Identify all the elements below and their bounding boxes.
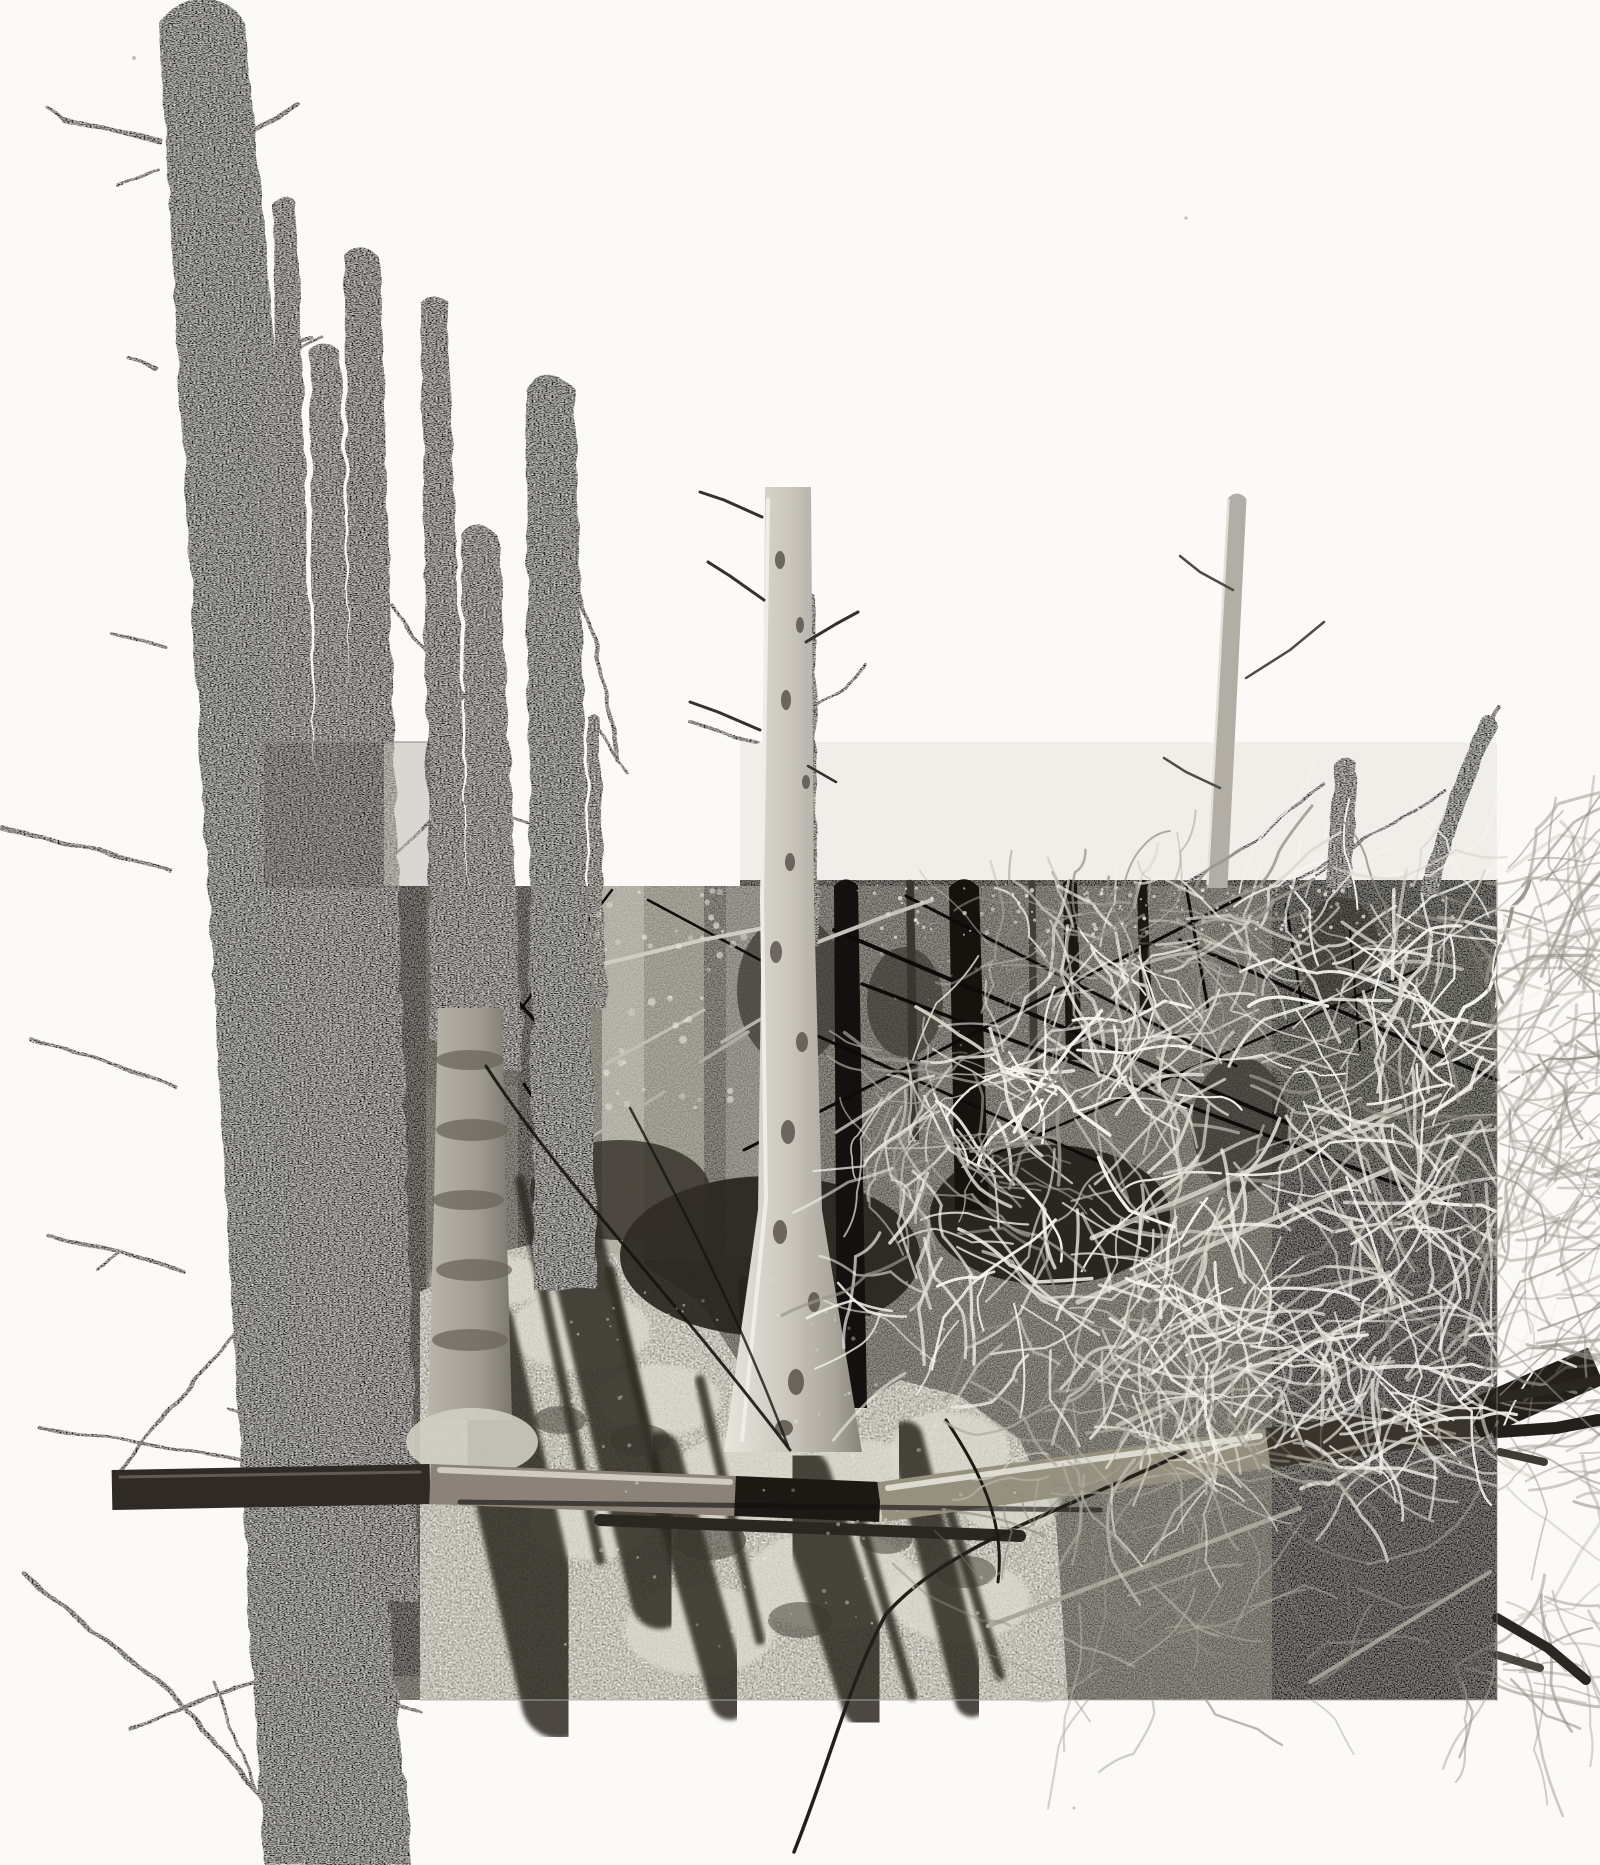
sky-hole-dot bbox=[594, 931, 600, 937]
sky-hole-dot bbox=[1100, 892, 1103, 895]
sky-hole-dot bbox=[762, 1489, 765, 1492]
sky-hole-dot bbox=[1378, 933, 1381, 936]
sky-hole-dot bbox=[667, 1313, 670, 1316]
sky-hole-dot bbox=[648, 943, 653, 948]
veil-slit bbox=[384, 742, 422, 886]
sky-hole-dot bbox=[992, 894, 995, 897]
sky-hole-dot bbox=[884, 1518, 887, 1521]
sky-hole-dot bbox=[980, 912, 984, 916]
sky-hole-dot bbox=[958, 1030, 960, 1032]
sky-hole-dot bbox=[636, 1556, 639, 1559]
sky-hole-dot bbox=[1031, 911, 1033, 913]
sky-hole-dot bbox=[1014, 1378, 1018, 1382]
sky-hole-dot bbox=[874, 1383, 878, 1387]
sky-hole-dot bbox=[716, 952, 723, 959]
sky-hole-dot bbox=[583, 1282, 587, 1286]
sky-hole-dot bbox=[717, 889, 724, 896]
sky-hole-dot bbox=[1199, 1038, 1201, 1040]
sky-hole-dot bbox=[601, 1659, 603, 1661]
sky-hole-dot bbox=[619, 1048, 625, 1054]
sky-hole-dot bbox=[981, 994, 983, 996]
sky-hole-dot bbox=[1134, 925, 1137, 928]
sky-hole-dot bbox=[1229, 901, 1231, 903]
sky-hole-dot bbox=[757, 1438, 761, 1442]
sky-hole-dot bbox=[913, 1626, 916, 1629]
sky-hole-dot bbox=[892, 1473, 895, 1476]
sky-hole-dot bbox=[1192, 922, 1194, 924]
sky-hole-dot bbox=[916, 922, 919, 925]
sky-hole-dot bbox=[942, 1328, 946, 1332]
sky-hole-dot bbox=[634, 1649, 638, 1653]
sky-hole-dot bbox=[1010, 1312, 1013, 1315]
sky-hole-dot bbox=[727, 1096, 734, 1103]
sky-hole-dot bbox=[910, 1332, 912, 1334]
photo-edge-veil bbox=[264, 742, 430, 888]
sky-hole-dot bbox=[710, 1367, 714, 1371]
bark-mottle bbox=[775, 551, 785, 569]
sky-hole-dot bbox=[963, 934, 965, 936]
sky-hole-dot bbox=[659, 1312, 661, 1314]
sky-hole-dot bbox=[1003, 1589, 1005, 1591]
sky-hole-dot bbox=[1026, 1539, 1028, 1541]
sky-hole-dot bbox=[622, 1635, 625, 1638]
sky-hole-dot bbox=[1201, 888, 1205, 892]
sky-hole-dot bbox=[1229, 944, 1233, 948]
sky-hole-dot bbox=[1176, 906, 1178, 908]
sky-hole-dot bbox=[960, 1044, 962, 1046]
sky-hole-dot bbox=[1236, 914, 1238, 916]
sky-hole-dot bbox=[616, 1339, 618, 1341]
sky-hole-dot bbox=[1254, 927, 1257, 930]
artwork-page bbox=[0, 0, 1600, 1865]
sky-hole-dot bbox=[1226, 891, 1229, 894]
sky-hole-dot bbox=[1004, 1000, 1007, 1003]
sky-hole-dot bbox=[653, 1575, 657, 1579]
sky-hole-dot bbox=[1027, 1014, 1029, 1016]
sky-hole-dot bbox=[767, 1616, 770, 1619]
sky-hole-dot bbox=[1298, 934, 1302, 938]
sky-hole-dot bbox=[1086, 891, 1089, 894]
sky-hole-dot bbox=[818, 1413, 821, 1416]
sky-hole-dot bbox=[1384, 973, 1387, 976]
sky-hole-dot bbox=[627, 1443, 631, 1447]
forest-tone-patch bbox=[867, 947, 943, 1057]
bark-mottle bbox=[770, 941, 782, 963]
sky-hole-dot bbox=[905, 887, 907, 889]
sky-hole-dot bbox=[1275, 912, 1279, 916]
sky-hole-dot bbox=[694, 1106, 698, 1110]
sky-hole-dot bbox=[639, 1618, 641, 1620]
sky-hole-dot bbox=[672, 1022, 678, 1028]
sky-hole-dot bbox=[826, 1532, 830, 1536]
photo-panel bbox=[740, 742, 1497, 886]
sky-hole-dot bbox=[701, 1299, 704, 1302]
sky-hole-dot bbox=[730, 941, 737, 948]
sky-hole-dot bbox=[615, 939, 621, 945]
sky-hole-dot bbox=[894, 936, 897, 939]
sky-hole-dot bbox=[671, 1380, 673, 1382]
sky-hole-dot bbox=[881, 987, 883, 989]
sky-hole-dot bbox=[822, 1589, 826, 1593]
sky-hole-dot bbox=[606, 1595, 609, 1598]
sky-hole-dot bbox=[1200, 928, 1203, 931]
sky-hole-dot bbox=[950, 974, 953, 977]
sky-hole-dot bbox=[1016, 909, 1020, 913]
sky-hole-dot bbox=[790, 1613, 792, 1615]
sky-hole-dot bbox=[1140, 898, 1142, 900]
sky-hole-dot bbox=[624, 1101, 631, 1108]
paper-speck bbox=[1073, 1807, 1076, 1810]
sky-hole-dot bbox=[1381, 1006, 1384, 1009]
sky-hole-dot bbox=[695, 1390, 698, 1393]
sky-hole-dot bbox=[910, 1623, 913, 1626]
sky-hole-dot bbox=[564, 1643, 567, 1646]
sky-hole-dot bbox=[912, 1586, 915, 1589]
sky-hole-dot bbox=[1017, 1638, 1019, 1640]
sky-hole-dot bbox=[1437, 985, 1441, 989]
sky-hole-dot bbox=[959, 1281, 962, 1284]
sky-hole-dot bbox=[1324, 890, 1328, 894]
sky-hole-dot bbox=[914, 918, 918, 922]
sky-hole-dot bbox=[676, 943, 682, 949]
sky-hole-dot bbox=[772, 1279, 775, 1282]
sky-hole-dot bbox=[885, 1583, 887, 1585]
sky-hole-dot bbox=[716, 1319, 719, 1322]
sky-hole-dot bbox=[597, 1625, 601, 1629]
sky-hole-dot bbox=[700, 996, 704, 1000]
sky-hole-dot bbox=[855, 1616, 857, 1618]
sky-hole-dot bbox=[901, 902, 903, 904]
sky-hole-dot bbox=[1226, 943, 1228, 945]
sky-hole-dot bbox=[628, 1008, 636, 1016]
sky-hole-dot bbox=[599, 1548, 603, 1552]
sky-hole-dot bbox=[791, 1488, 795, 1492]
sky-hole-dot bbox=[777, 1314, 780, 1317]
sky-hole-dot bbox=[625, 1490, 627, 1492]
sky-hole-dot bbox=[658, 1397, 660, 1399]
sky-hole-dot bbox=[1018, 992, 1021, 995]
sky-hole-dot bbox=[577, 1333, 580, 1336]
sky-hole-dot bbox=[1227, 965, 1229, 967]
sky-hole-dot bbox=[880, 926, 884, 930]
sky-hole-dot bbox=[617, 1059, 624, 1066]
bark-mottle bbox=[785, 853, 795, 871]
sky-hole-dot bbox=[603, 1069, 610, 1076]
sky-hole-dot bbox=[713, 922, 719, 928]
sky-hole-dot bbox=[851, 1336, 855, 1340]
sky-hole-dot bbox=[682, 1437, 686, 1441]
sky-hole-dot bbox=[727, 1088, 733, 1094]
sky-hole-dot bbox=[829, 1463, 831, 1465]
sky-hole-dot bbox=[941, 1402, 943, 1404]
sky-hole-dot bbox=[825, 1602, 827, 1604]
sky-hole-dot bbox=[1330, 905, 1333, 908]
sky-hole-dot bbox=[698, 1098, 702, 1102]
sky-hole-dot bbox=[924, 937, 926, 939]
sky-hole-dot bbox=[571, 1399, 575, 1403]
bark-mottle bbox=[796, 1032, 808, 1052]
sky-hole-dot bbox=[1280, 927, 1283, 930]
sky-hole-dot bbox=[684, 1019, 688, 1023]
sky-hole-dot bbox=[1356, 922, 1359, 925]
sky-hole-dot bbox=[1361, 914, 1365, 918]
sky-hole-dot bbox=[669, 995, 673, 999]
sky-hole-dot bbox=[683, 1304, 686, 1307]
sky-hole-dot bbox=[963, 887, 965, 889]
sky-hole-dot bbox=[1441, 898, 1445, 902]
bark-mottle bbox=[788, 1369, 804, 1395]
sky-hole-dot bbox=[1273, 1011, 1276, 1014]
sky-hole-dot bbox=[991, 907, 995, 911]
sky-hole-dot bbox=[1340, 888, 1345, 893]
sky-hole-dot bbox=[915, 887, 918, 890]
bark-mottle bbox=[802, 775, 810, 789]
sky-hole-dot bbox=[679, 1036, 687, 1044]
sky-hole-dot bbox=[1217, 948, 1219, 950]
sky-hole-dot bbox=[607, 902, 613, 908]
sky-hole-dot bbox=[619, 1571, 621, 1573]
shadow-dapple bbox=[610, 1424, 670, 1456]
sky-hole-dot bbox=[834, 1314, 836, 1316]
sky-hole-dot bbox=[644, 1291, 647, 1294]
sky-hole-dot bbox=[1033, 919, 1036, 922]
sky-hole-dot bbox=[1317, 889, 1321, 893]
sky-hole-dot bbox=[916, 910, 919, 913]
sky-hole-dot bbox=[930, 897, 933, 900]
sky-hole-dot bbox=[1025, 1030, 1027, 1032]
sky-hole-dot bbox=[609, 1325, 611, 1327]
sky-hole-dot bbox=[744, 1586, 746, 1588]
log-segment bbox=[112, 1484, 430, 1490]
log-segment bbox=[735, 1496, 880, 1502]
sky-hole-dot bbox=[567, 1366, 570, 1369]
sky-hole-dot bbox=[605, 1103, 612, 1110]
sky-hole-dot bbox=[940, 1421, 942, 1423]
bark-mottle bbox=[781, 690, 791, 710]
sky-hole-dot bbox=[991, 1523, 993, 1525]
sky-hole-dot bbox=[1228, 1025, 1230, 1027]
sky-hole-dot bbox=[602, 1445, 605, 1448]
sky-hole-dot bbox=[928, 999, 930, 1001]
sky-hole-dot bbox=[642, 1088, 646, 1092]
sky-hole-dot bbox=[604, 948, 607, 951]
sky-hole-dot bbox=[976, 1611, 980, 1615]
sky-hole-dot bbox=[1207, 912, 1210, 915]
sky-hole-dot bbox=[752, 1410, 755, 1413]
bark-band bbox=[436, 1259, 512, 1281]
sky-hole-dot bbox=[626, 1628, 629, 1631]
sky-hole-dot bbox=[815, 1348, 818, 1351]
paper-speck bbox=[1184, 216, 1187, 219]
sky-hole-dot bbox=[917, 1448, 921, 1452]
sky-hole-dot bbox=[1281, 924, 1284, 927]
sky-hole-dot bbox=[922, 926, 925, 929]
photomontage-artwork bbox=[0, 0, 1600, 1865]
sky-hole-dot bbox=[777, 1534, 781, 1538]
sky-hole-dot bbox=[1005, 884, 1007, 886]
sky-hole-dot bbox=[1018, 1576, 1022, 1580]
sky-hole-dot bbox=[756, 1403, 758, 1405]
bark-mottle bbox=[773, 1220, 787, 1244]
sky-hole-dot bbox=[612, 1307, 615, 1310]
sky-hole-dot bbox=[905, 1548, 909, 1552]
sky-hole-dot bbox=[969, 930, 971, 932]
sky-hole-dot bbox=[672, 1575, 674, 1577]
sky-hole-dot bbox=[690, 1439, 694, 1443]
log-segment bbox=[430, 1484, 735, 1496]
sky-hole-dot bbox=[928, 1431, 932, 1435]
sky-hole-dot bbox=[901, 1548, 904, 1551]
sky-hole-dot bbox=[930, 928, 933, 931]
sky-hole-dot bbox=[637, 891, 641, 895]
sky-hole-dot bbox=[620, 1395, 623, 1398]
sky-hole-dot bbox=[1083, 887, 1085, 889]
paper-speck bbox=[132, 56, 136, 60]
sky-hole-dot bbox=[1192, 979, 1195, 982]
bark-band bbox=[436, 1050, 504, 1070]
sky-hole-dot bbox=[836, 1522, 840, 1526]
sky-hole-dot bbox=[614, 1643, 618, 1647]
sky-hole-dot bbox=[706, 967, 710, 971]
sky-hole-dot bbox=[721, 930, 724, 933]
sky-hole-dot bbox=[1222, 923, 1224, 925]
sky-hole-dot bbox=[984, 930, 989, 935]
sky-hole-dot bbox=[894, 997, 897, 1000]
sky-hole-dot bbox=[642, 934, 648, 940]
sky-hole-dot bbox=[1275, 893, 1278, 896]
sky-hole-dot bbox=[1433, 947, 1435, 949]
sky-hole-dot bbox=[864, 1577, 867, 1580]
sky-hole-dot bbox=[1005, 1449, 1008, 1452]
bark-mottle bbox=[781, 1120, 795, 1144]
sky-hole-dot bbox=[1003, 1455, 1005, 1457]
sky-hole-dot bbox=[696, 1623, 699, 1626]
sky-hole-dot bbox=[978, 1652, 982, 1656]
sky-hole-dot bbox=[1225, 909, 1228, 912]
sky-hole-dot bbox=[700, 936, 705, 941]
sky-hole-dot bbox=[1413, 1017, 1416, 1020]
sky-hole-dot bbox=[939, 1029, 941, 1031]
sky-hole-dot bbox=[639, 1317, 641, 1319]
sky-hole-dot bbox=[867, 900, 869, 902]
bark-band bbox=[436, 1119, 508, 1141]
bark-band bbox=[432, 1190, 504, 1210]
sky-hole-dot bbox=[1001, 1431, 1005, 1435]
sky-hole-dot bbox=[920, 900, 923, 903]
sky-hole-dot bbox=[930, 923, 932, 925]
sky-hole-dot bbox=[847, 1392, 850, 1395]
sky-hole-dot bbox=[865, 1315, 869, 1319]
sky-hole-dot bbox=[1101, 888, 1104, 891]
sky-hole-dot bbox=[590, 1574, 594, 1578]
shadow-dapple bbox=[534, 1406, 586, 1434]
sky-hole-dot bbox=[991, 1305, 993, 1307]
sky-hole-dot bbox=[857, 890, 859, 892]
sky-hole-dot bbox=[570, 1321, 573, 1324]
sky-hole-dot bbox=[1335, 902, 1340, 907]
sky-hole-dot bbox=[850, 1454, 854, 1458]
sky-hole-dot bbox=[705, 900, 710, 905]
sky-hole-dot bbox=[679, 1093, 685, 1099]
sky-hole-dot bbox=[762, 1557, 766, 1561]
sky-hole-dot bbox=[880, 952, 884, 956]
sky-hole-dot bbox=[1145, 904, 1148, 907]
sky-hole-dot bbox=[616, 1548, 619, 1551]
sky-hole-dot bbox=[896, 1510, 898, 1512]
sky-hole-dot bbox=[740, 933, 747, 940]
sky-hole-dot bbox=[1118, 907, 1121, 910]
sky-hole-dot bbox=[648, 1359, 652, 1363]
sky-hole-dot bbox=[938, 1626, 940, 1628]
sky-hole-dot bbox=[903, 1376, 905, 1378]
sky-hole-dot bbox=[862, 1537, 865, 1540]
sky-hole-dot bbox=[1157, 990, 1159, 992]
shadow-dapple bbox=[768, 1602, 832, 1638]
sky-hole-dot bbox=[1321, 1035, 1324, 1038]
bark-band bbox=[432, 1329, 508, 1351]
sky-hole-dot bbox=[1121, 909, 1123, 911]
sky-hole-dot bbox=[899, 1625, 901, 1627]
sky-hole-dot bbox=[676, 1307, 678, 1309]
sky-hole-dot bbox=[881, 944, 884, 947]
sky-hole-dot bbox=[1034, 1546, 1038, 1550]
sky-hole-dot bbox=[844, 1394, 846, 1396]
sky-hole-dot bbox=[635, 1481, 638, 1484]
sky-hole-dot bbox=[753, 1313, 757, 1317]
sky-hole-dot bbox=[871, 1622, 874, 1625]
sky-hole-dot bbox=[730, 1629, 734, 1633]
sky-hole-dot bbox=[688, 936, 693, 941]
sky-hole-dot bbox=[875, 1331, 877, 1333]
sky-hole-dot bbox=[606, 1318, 609, 1321]
sky-hole-dot bbox=[847, 1327, 850, 1330]
sky-hole-dot bbox=[1083, 893, 1086, 896]
sky-hole-dot bbox=[947, 959, 950, 962]
sky-hole-dot bbox=[1075, 1022, 1077, 1024]
sky-hole-dot bbox=[1152, 895, 1155, 898]
sky-hole-dot bbox=[1128, 893, 1133, 898]
sky-hole-dot bbox=[903, 1588, 906, 1591]
sky-hole-dot bbox=[681, 1310, 684, 1313]
sky-hole-dot bbox=[1025, 894, 1029, 898]
sky-hole-dot bbox=[648, 998, 656, 1006]
sky-hole-dot bbox=[794, 1419, 798, 1423]
sky-hole-dot bbox=[1191, 965, 1195, 969]
sky-hole-dot bbox=[1216, 907, 1219, 910]
sky-hole-dot bbox=[871, 1468, 874, 1471]
bark-mottle bbox=[796, 617, 804, 633]
sky-hole-dot bbox=[943, 1445, 947, 1449]
sky-hole-dot bbox=[886, 912, 891, 917]
sky-hole-dot bbox=[700, 893, 704, 897]
sky-hole-dot bbox=[933, 1424, 937, 1428]
sky-hole-dot bbox=[898, 896, 903, 901]
sky-hole-dot bbox=[1329, 925, 1333, 929]
sky-hole-dot bbox=[709, 888, 715, 894]
sky-hole-dot bbox=[675, 929, 679, 933]
sky-hole-dot bbox=[770, 1299, 772, 1301]
sky-hole-dot bbox=[877, 884, 879, 886]
sky-hole-dot bbox=[765, 1534, 768, 1537]
sky-hole-dot bbox=[596, 912, 602, 918]
sky-hole-dot bbox=[811, 1323, 813, 1325]
sky-hole-dot bbox=[959, 1493, 963, 1497]
sky-hole-dot bbox=[616, 1091, 620, 1095]
sky-hole-dot bbox=[873, 891, 876, 894]
sky-hole-dot bbox=[1103, 953, 1105, 955]
sky-hole-dot bbox=[1409, 927, 1411, 929]
sky-hole-dot bbox=[718, 1645, 720, 1647]
